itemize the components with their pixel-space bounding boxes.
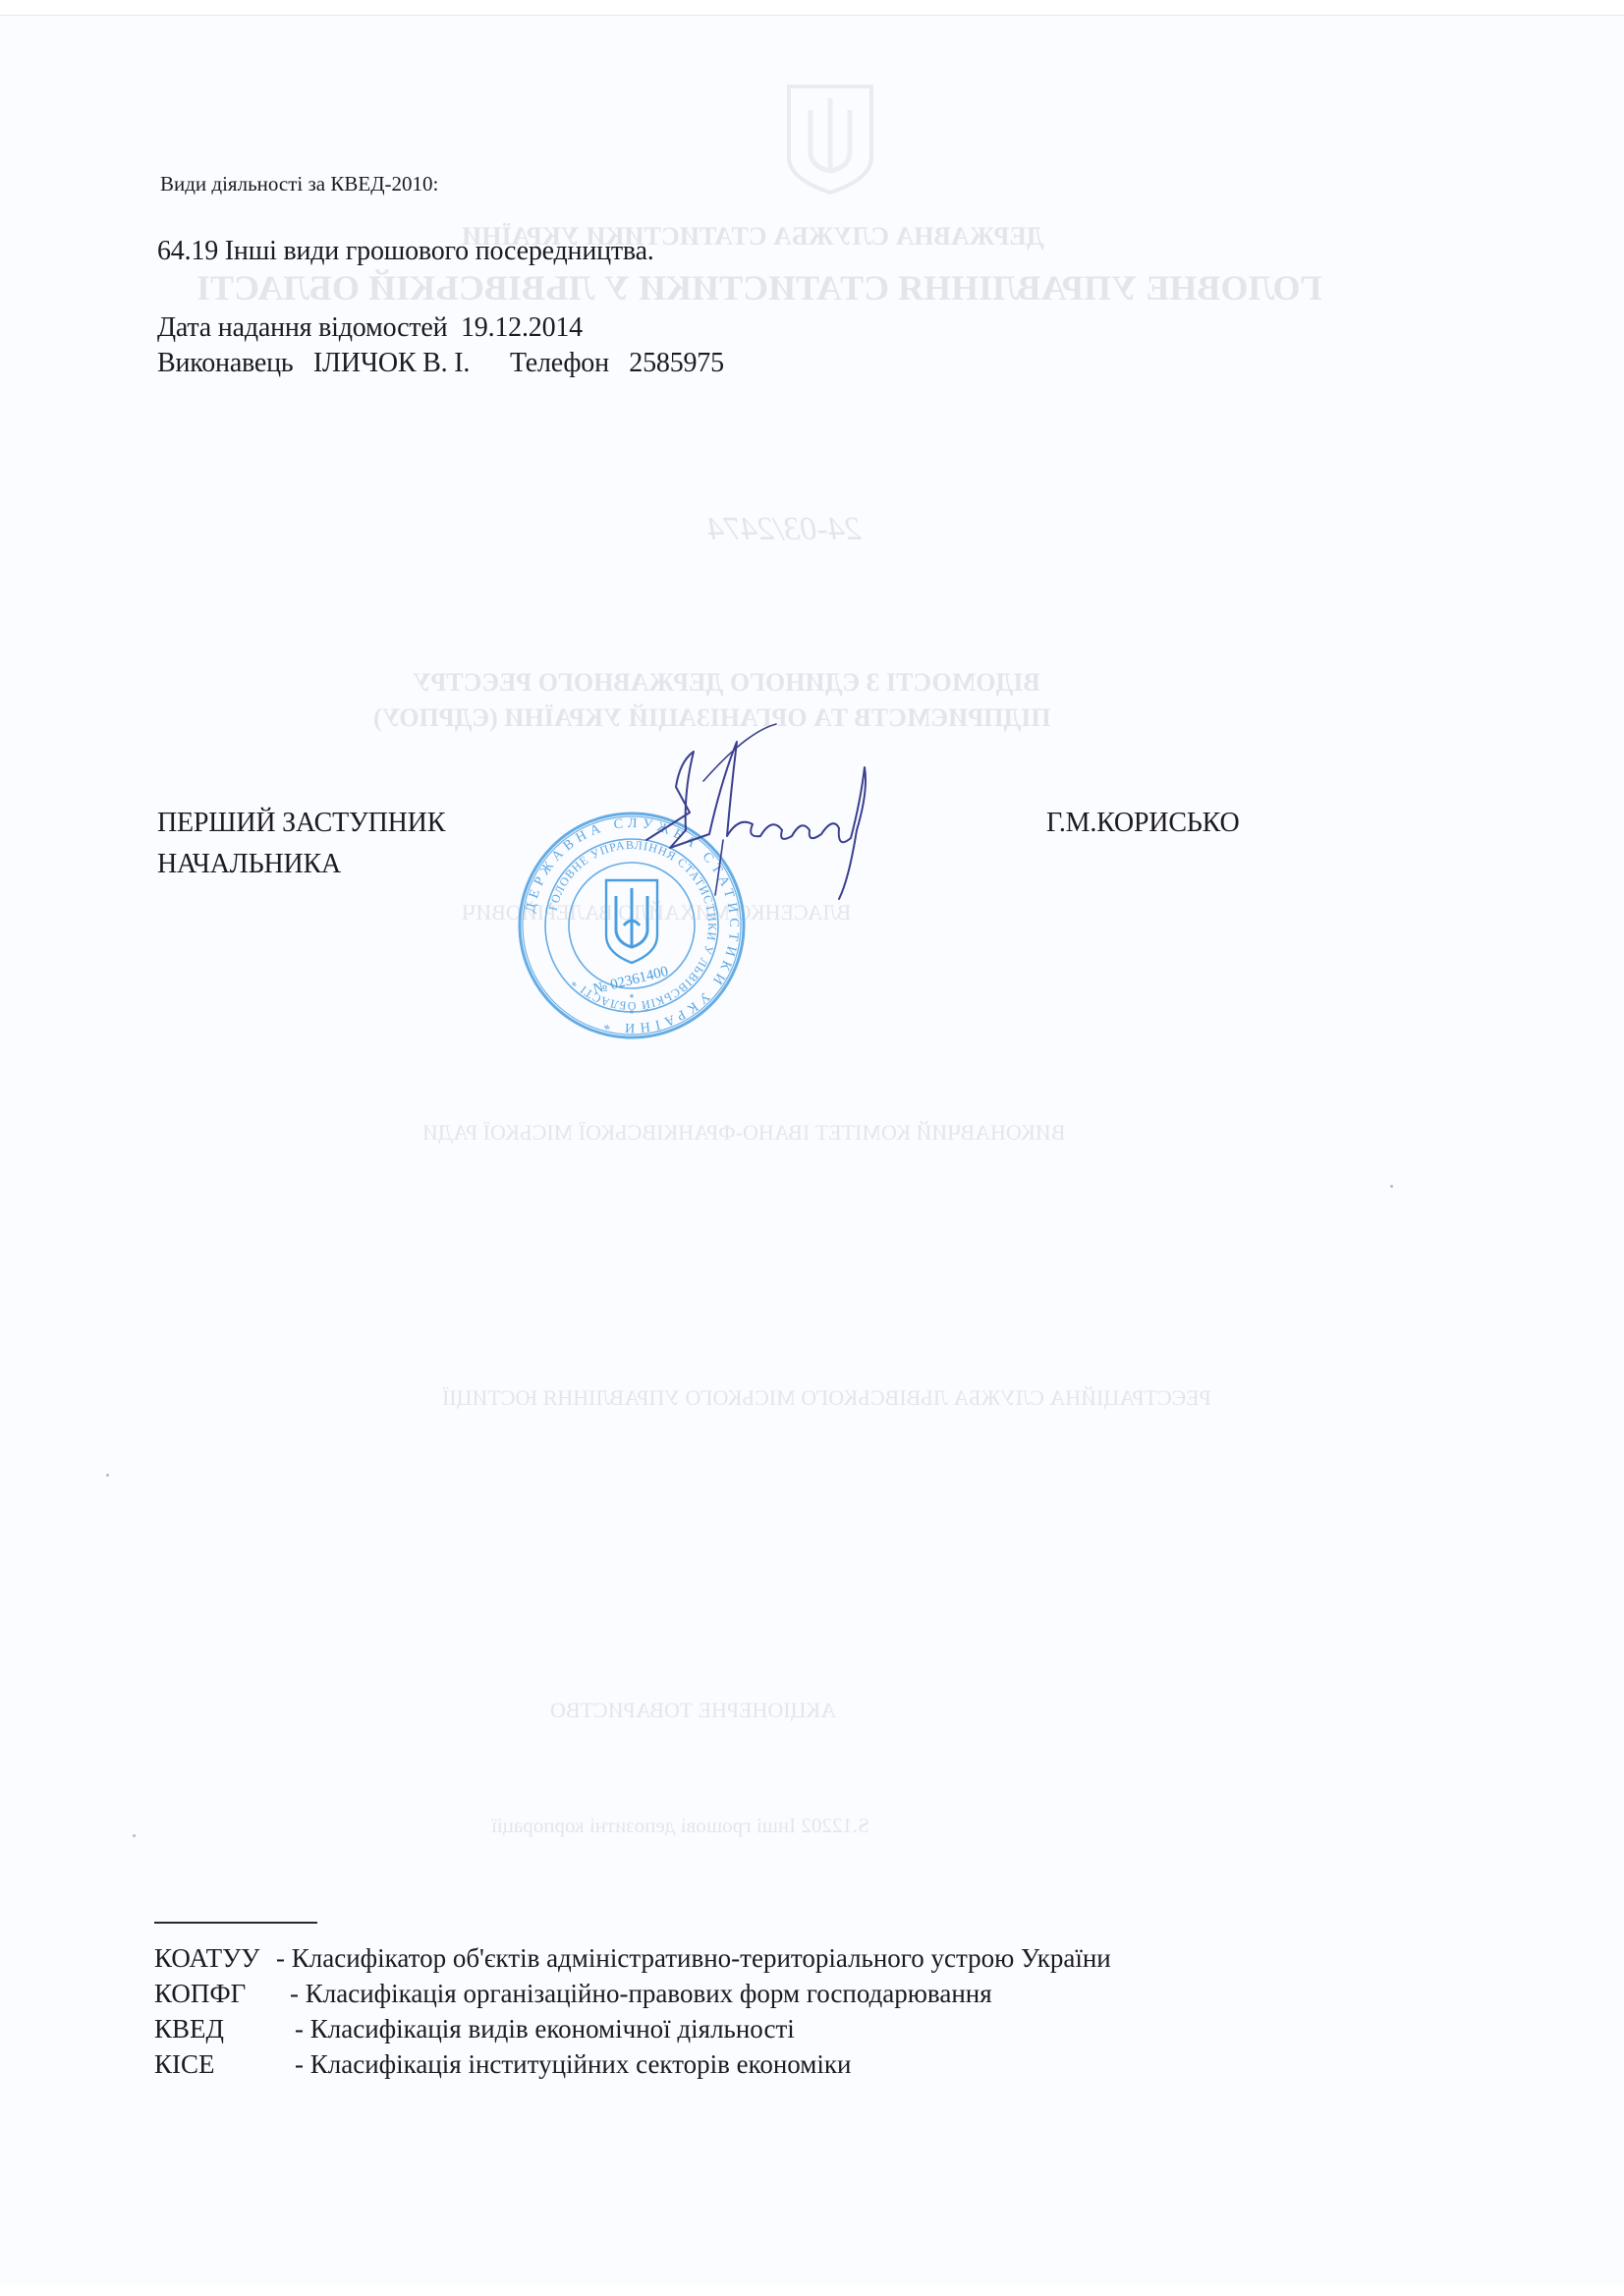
footnote-definition: - Класифікація видів економічної діяльно…	[295, 2014, 795, 2044]
executor-name: ІЛИЧОК В. І.	[313, 348, 470, 378]
phone-label: Телефон	[510, 348, 609, 378]
footnote-row: КВЕД - Класифікація видів економічної ді…	[154, 2014, 224, 2044]
footnote-definition: - Класифікація інституційних секторів ек…	[295, 2049, 851, 2080]
footnote-definition: - Класифікатор об'єктів адміністративно-…	[276, 1943, 1111, 1974]
footnote-definition: - Класифікація організаційно-правових фо…	[290, 1979, 992, 2009]
date-line: Дата надання відомостей 19.12.2014	[157, 312, 583, 344]
bleed-through-line: АКЦІОНЕРНЕ ТОВАРИСТВО	[550, 1698, 836, 1723]
bleed-through-line: РЕЄСТРАЦІЙНА СЛУЖБА ЛЬВІВСЬКОГО МІСЬКОГО…	[442, 1385, 1211, 1411]
footnote-row: КІСЕ - Класифікація інституційних сектор…	[154, 2049, 215, 2080]
scan-speck	[106, 1474, 109, 1477]
bleed-through-line: S.12202 Інші грошові депозитні корпораці…	[491, 1814, 869, 1838]
scan-speck	[1390, 1185, 1393, 1188]
bleed-through-line: ВІДОМОСТІ З ЄДИНОГО ДЕРЖАВНОГО РЕЄСТРУ	[413, 668, 1040, 698]
bleed-through-emblem-icon	[781, 81, 879, 196]
footnote-abbr: КОАТУУ	[154, 1943, 259, 1974]
footnote-row: КОАТУУ - Класифікатор об'єктів адміністр…	[154, 1943, 259, 1974]
footnote-abbr: КІСЕ	[154, 2049, 215, 2080]
bleed-through-line: ГОЛОВНЕ УПРАВЛІННЯ СТАТИСТИКИ У ЛЬВІВСЬК…	[196, 267, 1321, 308]
phone-value: 2585975	[629, 348, 724, 378]
signatory-position-line2: НАЧАЛЬНИКА	[157, 849, 341, 880]
scan-bottom-edge	[0, 2284, 1624, 2296]
executor-label: Виконавець	[157, 348, 294, 378]
scan-speck	[133, 1834, 136, 1837]
footnote-abbr: КОПФГ	[154, 1979, 246, 2009]
scan-top-edge	[0, 0, 1624, 16]
date-label: Дата надання відомостей	[157, 312, 447, 343]
executor-line: Виконавець ІЛИЧОК В. І. Телефон 2585975	[157, 348, 724, 379]
footnote-divider	[154, 1922, 317, 1924]
svg-text:*: *	[630, 1007, 635, 1021]
bleed-through-line: ВИКОНАВЧИЙ КОМІТЕТ ІВАНО-ФРАНКІВСЬКОЇ МІ…	[422, 1120, 1065, 1146]
signatory-position-line1: ПЕРШИЙ ЗАСТУПНИК	[157, 808, 445, 839]
activity-entry: 64.19 Інші види грошового посередництва.	[157, 236, 654, 267]
footnote-row: КОПФГ - Класифікація організаційно-право…	[154, 1979, 246, 2009]
date-value: 19.12.2014	[461, 312, 583, 343]
signatory-name: Г.М.КОРИСЬКО	[1046, 808, 1239, 839]
activities-label: Види діяльності за КВЕД-2010:	[160, 172, 438, 196]
bleed-through-line: 24-03/2474	[707, 511, 862, 548]
handwritten-signature-icon	[629, 722, 924, 958]
svg-text:*: *	[630, 991, 635, 1005]
footnote-abbr: КВЕД	[154, 2014, 224, 2044]
